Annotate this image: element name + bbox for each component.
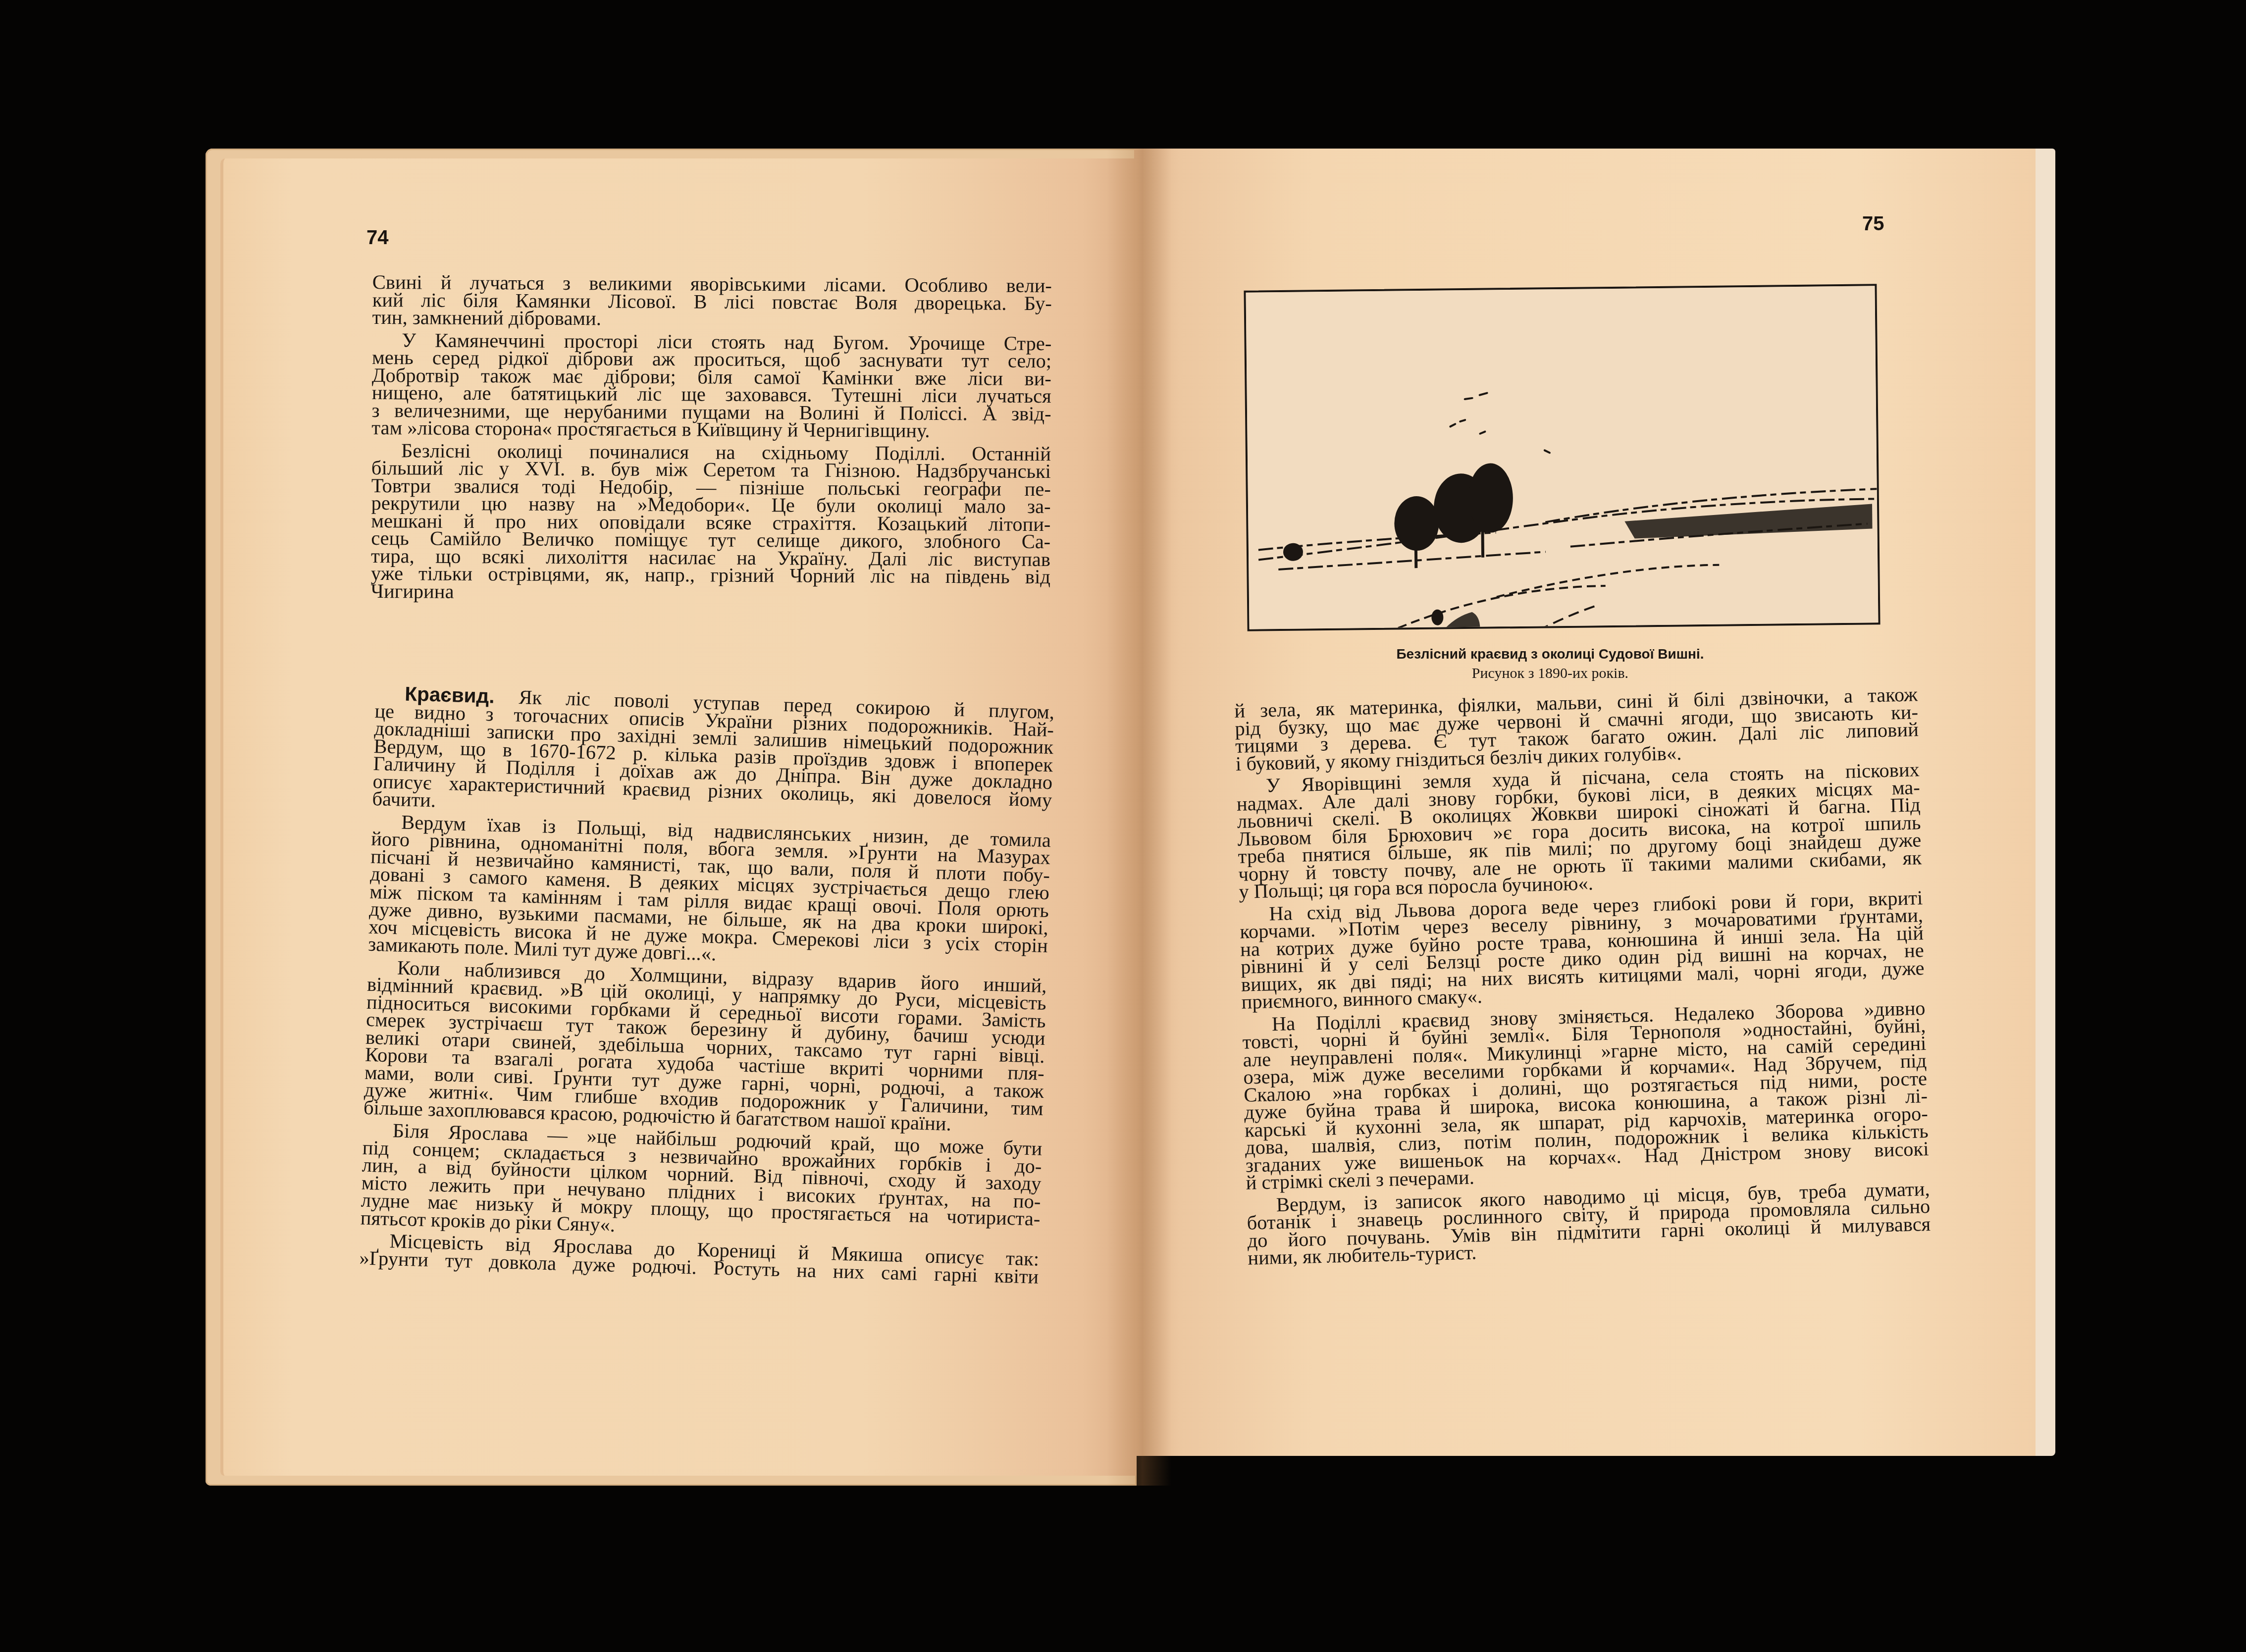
left-page-text-block-landscape: Краєвид. Як ліс поволі уступав перед сок… xyxy=(359,684,1054,1286)
illustration-drawing xyxy=(1246,286,1878,629)
left-page-text-block-forests: Свині й лучаться з великими яворівськими… xyxy=(371,273,1052,603)
book-spread: 74 75 Свині й лучаться з великими яворів… xyxy=(0,0,2246,1652)
page-number-right: 75 xyxy=(1862,213,1884,235)
right-page-text-block: й зела, як материнка, фіялки, мальви, си… xyxy=(1234,685,1931,1267)
text-line: уже тільки острівцями, як, напр., грізни… xyxy=(371,565,1050,586)
caption-subtitle: Рисунок з 1890-их років. xyxy=(1228,665,1872,682)
book-gutter xyxy=(1107,149,1171,1486)
page-number-left: 74 xyxy=(366,227,389,249)
landscape-illustration xyxy=(1244,284,1880,631)
figure-caption: Безлісний краєвид з околиці Судової Вишн… xyxy=(1228,646,1872,682)
caption-title: Безлісний краєвид з околиці Судової Вишн… xyxy=(1228,646,1872,662)
